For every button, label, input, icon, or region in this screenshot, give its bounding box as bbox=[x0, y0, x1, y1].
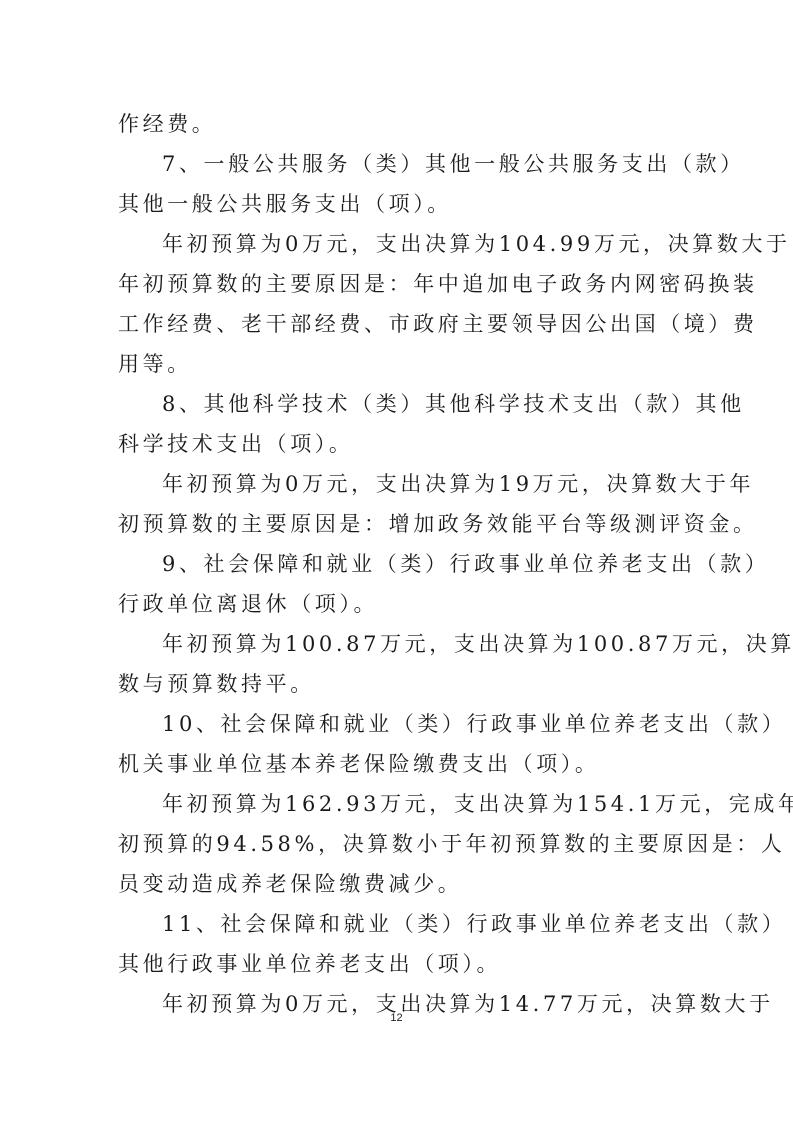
section-10-body: 年初预算为162.93万元，支出决算为154.1万元，完成年 bbox=[162, 788, 678, 820]
page-number: 12 bbox=[0, 1012, 793, 1024]
document-page: 作经费。 7、一般公共服务（类）其他一般公共服务支出（款） 其他一般公共服务支出… bbox=[0, 0, 793, 1122]
section-11-heading-cont: 其他行政事业单位养老支出（项）。 bbox=[118, 948, 678, 980]
section-9-heading-cont: 行政单位离退休（项）。 bbox=[118, 588, 678, 620]
section-9-heading: 9、社会保障和就业（类）行政事业单位养老支出（款） bbox=[162, 548, 678, 580]
section-8-body-cont: 初预算数的主要原因是：增加政务效能平台等级测评资金。 bbox=[118, 508, 678, 540]
text-line: 作经费。 bbox=[118, 108, 678, 140]
section-8-heading: 8、其他科学技术（类）其他科学技术支出（款）其他 bbox=[162, 388, 678, 420]
section-8-body: 年初预算为0万元，支出决算为19万元，决算数大于年 bbox=[162, 468, 678, 500]
section-7-heading: 7、一般公共服务（类）其他一般公共服务支出（款） bbox=[162, 148, 678, 180]
section-8-heading-cont: 科学技术支出（项）。 bbox=[118, 428, 678, 460]
section-9-body-cont: 数与预算数持平。 bbox=[118, 668, 678, 700]
section-7-heading-cont: 其他一般公共服务支出（项）。 bbox=[118, 188, 678, 220]
section-7-body-cont: 年初预算数的主要原因是：年中追加电子政务内网密码换装 bbox=[118, 268, 678, 300]
section-11-heading: 11、社会保障和就业（类）行政事业单位养老支出（款） bbox=[162, 908, 678, 940]
section-10-heading-cont: 机关事业单位基本养老保险缴费支出（项）。 bbox=[118, 748, 678, 780]
section-9-body: 年初预算为100.87万元，支出决算为100.87万元，决算 bbox=[162, 628, 678, 660]
section-7-body: 年初预算为0万元，支出决算为104.99万元，决算数大于 bbox=[162, 228, 678, 260]
section-7-body-cont: 用等。 bbox=[118, 348, 678, 380]
section-10-body-cont: 员变动造成养老保险缴费减少。 bbox=[118, 868, 678, 900]
section-7-body-cont: 工作经费、老干部经费、市政府主要领导因公出国（境）费 bbox=[118, 308, 678, 340]
section-10-heading: 10、社会保障和就业（类）行政事业单位养老支出（款） bbox=[162, 708, 678, 740]
section-10-body-cont: 初预算的94.58%，决算数小于年初预算数的主要原因是：人 bbox=[118, 828, 678, 860]
